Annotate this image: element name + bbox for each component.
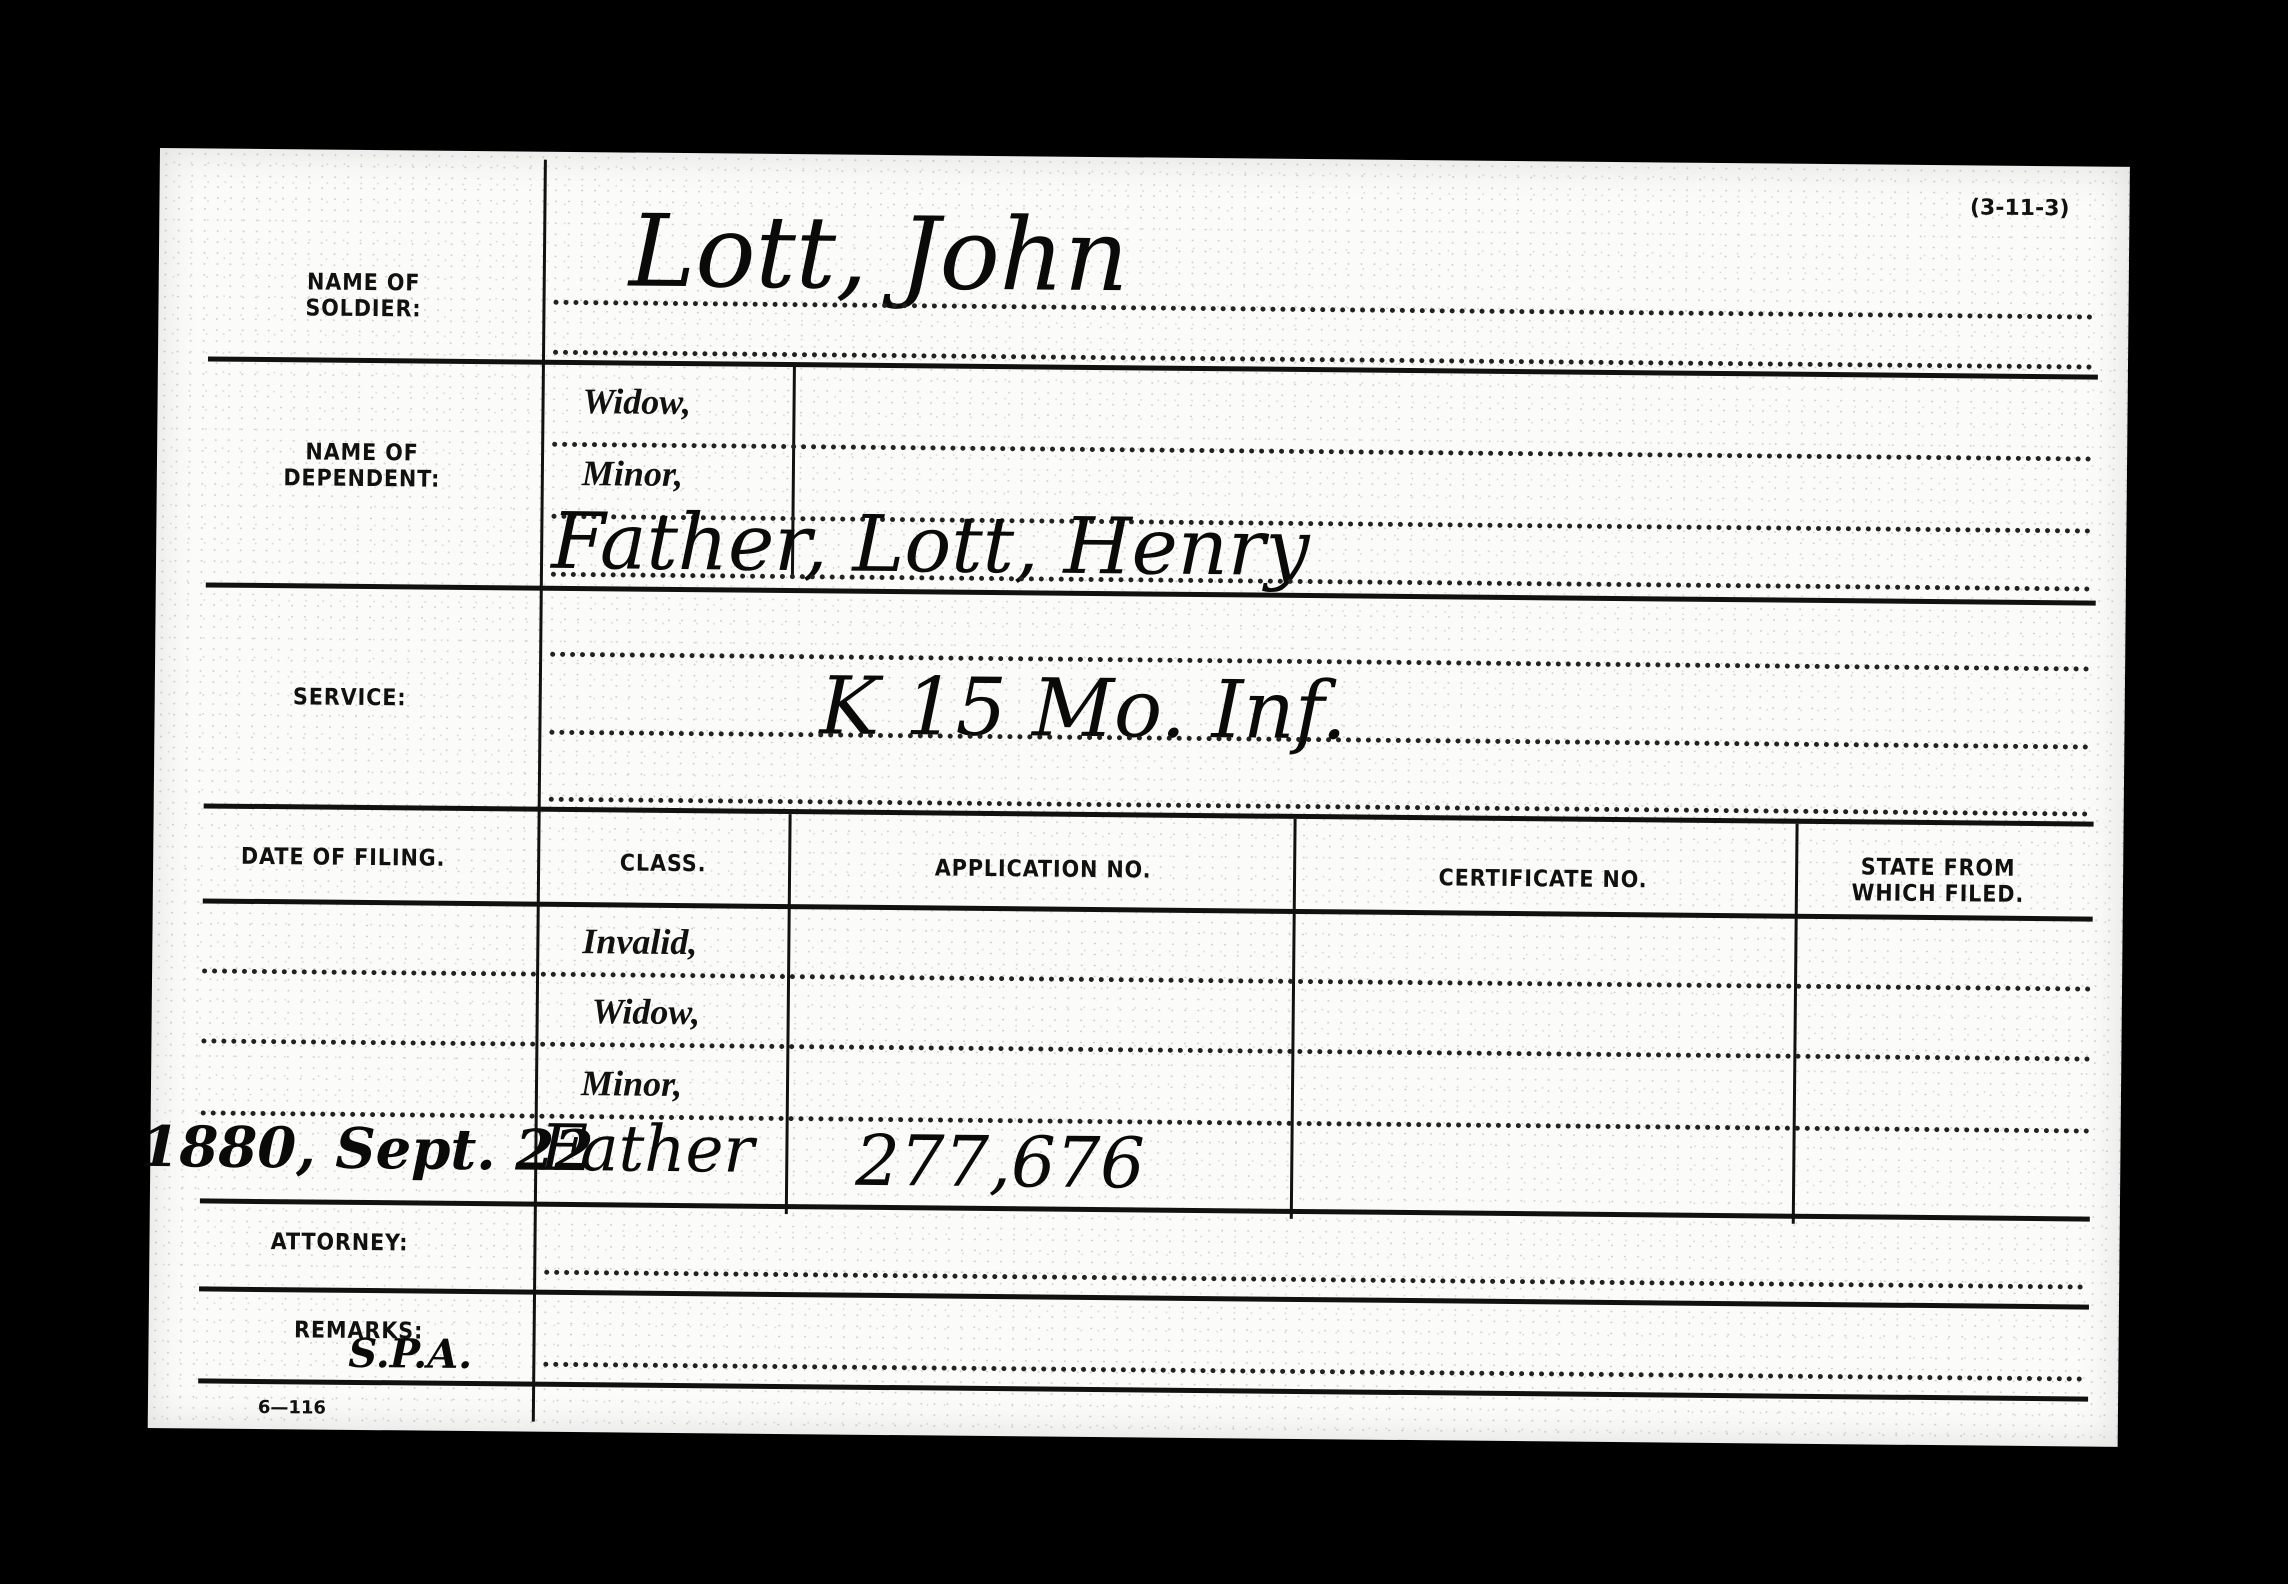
class-minor: Minor, xyxy=(581,1062,682,1105)
pension-index-card: (3-11-3) NAME OF SOLDIER: Lott, John Wid… xyxy=(148,148,2130,1447)
filing-date: 1880, Sept. 22 xyxy=(140,1114,593,1184)
application-number: 277,676 xyxy=(855,1120,1145,1205)
class-father: Father xyxy=(540,1112,754,1188)
name-of-soldier-label: NAME OF SOLDIER: xyxy=(287,269,440,322)
certificate-no-header: CERTIFICATE NO. xyxy=(1327,864,1759,894)
attorney-label: ATTORNEY: xyxy=(240,1229,438,1257)
class-header: CLASS. xyxy=(564,850,762,878)
class-invalid: Invalid, xyxy=(582,920,697,963)
form-code: (3-11-3) xyxy=(1970,195,2070,221)
service-label: SERVICE: xyxy=(273,684,426,711)
application-no-header: APPLICATION NO. xyxy=(827,854,1259,884)
dependent-type-minor: Minor, xyxy=(582,452,683,495)
state-from-which-filed-header: STATE FROM WHICH FILED. xyxy=(1825,854,2050,908)
name-of-dependent-label: NAME OF DEPENDENT: xyxy=(258,439,465,493)
class-widow: Widow, xyxy=(592,990,701,1033)
form-number: 6—116 xyxy=(258,1397,326,1419)
date-of-filing-header: DATE OF FILING. xyxy=(208,843,478,872)
remarks-annotation: S.P.A. xyxy=(348,1330,472,1378)
soldier-name: Lott, John xyxy=(628,193,1129,315)
service-unit: K 15 Mo. Inf. xyxy=(819,659,1347,757)
dependent-type-widow: Widow, xyxy=(582,380,691,423)
paper-texture xyxy=(148,148,2130,1447)
